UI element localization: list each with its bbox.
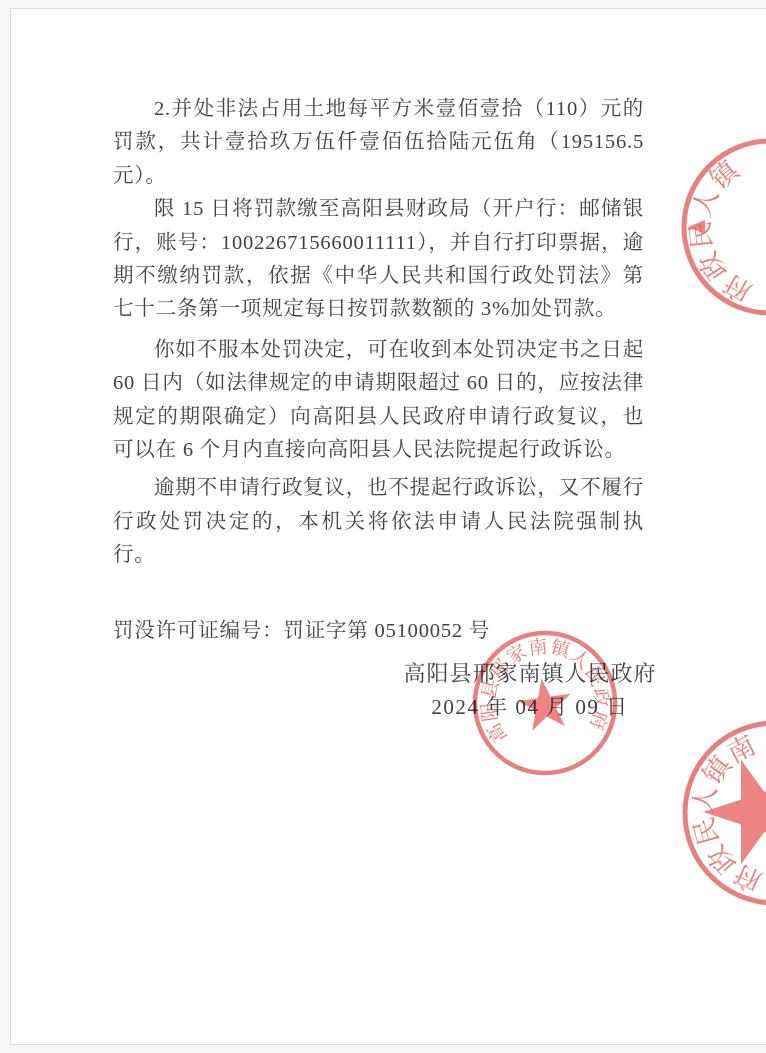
paragraph-fine-amount: 2.并处非法占用土地每平方米壹佰壹拾（110）元的罚款，共计壹拾玖万伍仟壹佰伍拾…	[113, 93, 644, 193]
issue-date: 2024 年 04 月 09 日	[398, 693, 662, 721]
paragraph-enforcement: 逾期不申请行政复议，也不提起行政诉讼，又不履行行政处罚决定的，本机关将依法申请人…	[113, 472, 644, 572]
paragraph-payment-instructions: 限 15 日将罚款缴至高阳县财政局（开户行：邮储银行，账号：1002267156…	[113, 193, 644, 327]
document-body: 2.并处非法占用土地每平方米壹佰壹拾（110）元的罚款，共计壹拾玖万伍仟壹佰伍拾…	[113, 93, 644, 648]
issuing-authority: 高阳县邢家南镇人民政府	[398, 659, 662, 689]
license-number-line: 罚没许可证编号：罚证字第 05100052 号	[113, 615, 644, 648]
signature-block: 高阳县邢家南镇人民政府 2024 年 04 月 09 日	[398, 659, 662, 721]
paragraph-appeal-rights: 你如不服本处罚决定，可在收到本处罚决定书之日起 60 日内（如法律规定的申请期限…	[113, 334, 644, 468]
scanned-document: 2.并处非法占用土地每平方米壹佰壹拾（110）元的罚款，共计壹拾玖万伍仟壹佰伍拾…	[0, 0, 766, 1053]
